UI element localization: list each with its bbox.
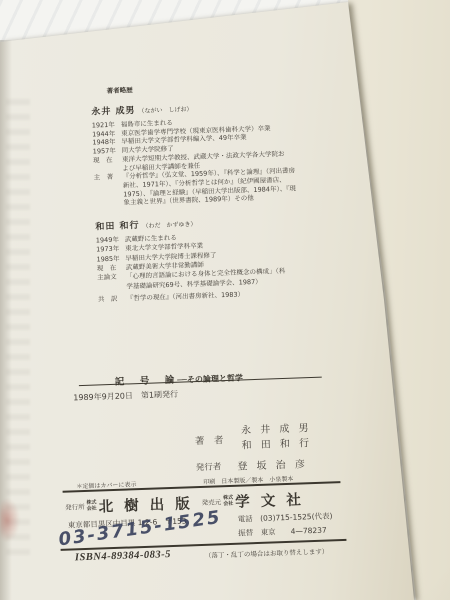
red-ink-smudge (0, 498, 20, 542)
author-2-name: 和田 和行 (95, 221, 139, 233)
author-2-furigana: （わだ かずゆき） (142, 221, 196, 230)
book-title-row: 記 号 論──その論理と哲学 (114, 365, 243, 388)
distributor-name: 学 文 社 (235, 488, 304, 511)
isbn-number: ISBN4-89384-083-5 (75, 549, 171, 563)
author-name-2: 和 田 和 行 (241, 436, 312, 453)
publishing-house-label: 発行所 (65, 502, 85, 512)
company-mark: 株式 会社 (223, 496, 233, 507)
postal-transfer-line: 振替 東京 4—78237 (238, 525, 327, 539)
phone-line: 電話 (03)715-1525(代表) (237, 510, 332, 524)
author-label: 著 者 (195, 432, 224, 447)
page-showthrough-marks (6, 95, 30, 555)
publisher-label: 発行者 (196, 460, 222, 473)
author-bio-section: 著者略歴 永井 成男（ながい しげお） 1921年福島市に生まれる 1944年東… (90, 77, 363, 304)
distributor-label: 発売元 (202, 497, 222, 507)
page-content: 著者略歴 永井 成男（ながい しげお） 1921年福島市に生まれる 1944年東… (0, 0, 450, 600)
photo-of-book-colophon: 著者略歴 永井 成男（ながい しげお） 1921年福島市に生まれる 1944年東… (0, 0, 450, 600)
publisher-row: 発行者 登 坂 治 彦 (196, 455, 309, 474)
author-1-name: 永井 成男 (91, 106, 135, 118)
return-policy-note: （落丁・乱丁の場合はお取り替えします） (205, 547, 329, 560)
company-mark: 株式 会社 (86, 501, 96, 512)
authors-row: 著 者 永 井 成 男 和 田 和 行 (194, 421, 312, 455)
publisher-name: 登 坂 治 彦 (237, 455, 308, 472)
author-1-furigana: （ながい しげお） (138, 106, 192, 115)
edition-line: 1989年9月20日 第1刷発行 (73, 389, 178, 404)
